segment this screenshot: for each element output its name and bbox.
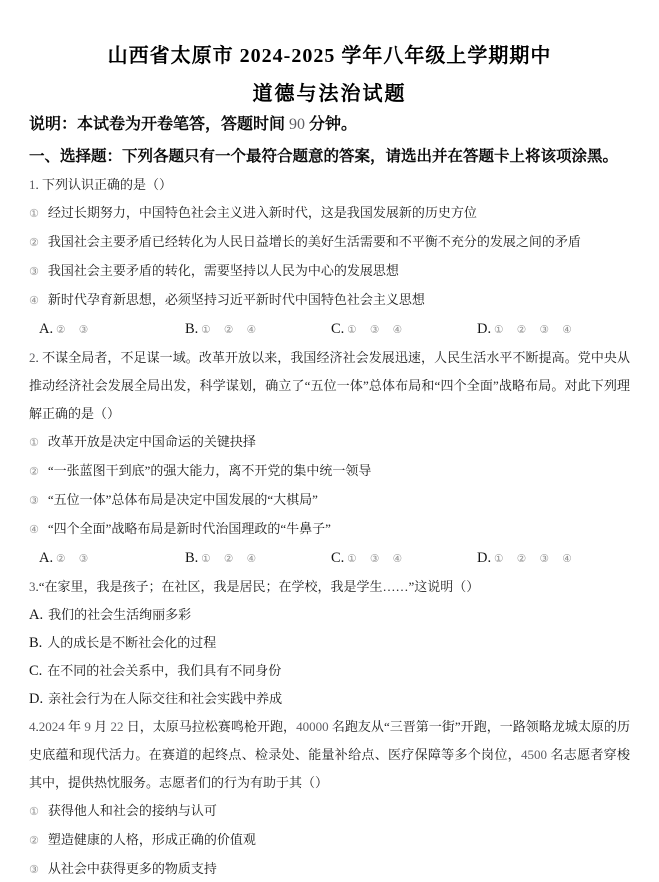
item-text: 塑造健康的人格，形成正确的价值观 xyxy=(48,832,256,847)
item-text: 获得他人和社会的接纳与认可 xyxy=(48,803,217,818)
item-marker: ② xyxy=(29,465,39,478)
question-1-option-c: C.① ③ ④ xyxy=(331,315,477,344)
paper-title-line-2: 道德与法治试题 xyxy=(29,82,630,106)
question-2-item-2: ②“一张蓝图干到底”的强大能力，离不开党的集中统一领导 xyxy=(29,457,630,486)
choice-text: 在不同的社会关系中，我们具有不同身份 xyxy=(47,663,281,678)
question-2-option-b: B.① ② ④ xyxy=(185,544,331,573)
item-marker: ④ xyxy=(29,523,39,536)
option-digits: ① ② ③ ④ xyxy=(494,324,577,336)
item-marker: ③ xyxy=(29,494,39,507)
section-heading: 一、选择题：下列各题只有一个最符合题意的答案，请选出并在答题卡上将该项涂黑。 xyxy=(29,146,630,168)
question-2-item-4: ④“四个全面”战略布局是新时代治国理政的“牛鼻子” xyxy=(29,515,630,544)
choice-letter: A. xyxy=(29,607,43,623)
question-1-option-d: D.① ② ③ ④ xyxy=(477,315,577,344)
question-1-item-1: ①经过长期努力，中国特色社会主义进入新时代，这是我国发展新的历史方位 xyxy=(29,199,630,228)
question-3-choice-d: D.亲社会行为在人际交往和社会实践中养成 xyxy=(29,685,630,713)
question-1-item-4: ④新时代孕育新思想，必须坚持习近平新时代中国特色社会主义思想 xyxy=(29,286,630,315)
option-letter: B. xyxy=(185,550,198,566)
question-2-options-row: A.② ③ B.① ② ④ C.① ③ ④ D.① ② ③ ④ xyxy=(29,544,630,573)
item-marker: ③ xyxy=(29,863,39,876)
question-2-item-3: ③“五位一体”总体布局是决定中国发展的“大棋局” xyxy=(29,486,630,515)
option-digits: ① ③ ④ xyxy=(347,553,407,565)
option-letter: D. xyxy=(477,550,491,566)
question-1-options-row: A.② ③ B.① ② ④ C.① ③ ④ D.① ② ③ ④ xyxy=(29,315,630,344)
question-2-stem: 2. 不谋全局者，不足谋一域。改革开放以来，我国经济社会发展迅速，人民生活水平不… xyxy=(29,344,630,428)
item-marker: ① xyxy=(29,207,39,220)
question-2-option-a: A.② ③ xyxy=(39,544,185,573)
item-marker: ③ xyxy=(29,265,39,278)
exam-paper-page: 山西省太原市 2024-2025 学年八年级上学期期中 道德与法治试题 说明：本… xyxy=(0,0,659,882)
question-1: 1. 下列认识正确的是（） ①经过长期努力，中国特色社会主义进入新时代，这是我国… xyxy=(29,171,630,344)
question-1-option-b: B.① ② ④ xyxy=(185,315,331,344)
choice-text: 人的成长是不断社会化的过程 xyxy=(47,635,216,650)
question-3: 3.“在家里，我是孩子；在社区，我是居民；在学校，我是学生……”这说明（） A.… xyxy=(29,573,630,713)
option-letter: C. xyxy=(331,321,344,337)
option-letter: B. xyxy=(185,321,198,337)
option-letter: A. xyxy=(39,550,53,566)
item-text: 我国社会主要矛盾已经转化为人民日益增长的美好生活需要和不平衡不充分的发展之间的矛… xyxy=(48,234,581,249)
question-1-item-2: ②我国社会主要矛盾已经转化为人民日益增长的美好生活需要和不平衡不充分的发展之间的… xyxy=(29,228,630,257)
item-text: 改革开放是决定中国命运的关键抉择 xyxy=(48,434,256,449)
item-marker: ① xyxy=(29,436,39,449)
item-text: “四个全面”战略布局是新时代治国理政的“牛鼻子” xyxy=(48,521,331,536)
item-text: 经过长期努力，中国特色社会主义进入新时代，这是我国发展新的历史方位 xyxy=(48,205,477,220)
choice-letter: C. xyxy=(29,663,42,679)
option-letter: A. xyxy=(39,321,53,337)
item-text: 从社会中获得更多的物质支持 xyxy=(48,861,217,876)
paper-title-line-1: 山西省太原市 2024-2025 学年八年级上学期期中 xyxy=(29,44,630,68)
question-4: 4.2024 年 9 月 22 日，太原马拉松赛鸣枪开跑，40000 名跑友从“… xyxy=(29,713,630,882)
item-text: “一张蓝图干到底”的强大能力，离不开党的集中统一领导 xyxy=(48,463,372,478)
choice-text: 亲社会行为在人际交往和社会实践中养成 xyxy=(48,691,282,706)
item-marker: ① xyxy=(29,805,39,818)
question-3-choice-c: C.在不同的社会关系中，我们具有不同身份 xyxy=(29,657,630,685)
question-3-choice-a: A.我们的社会生活绚丽多彩 xyxy=(29,601,630,629)
item-text: 新时代孕育新思想，必须坚持习近平新时代中国特色社会主义思想 xyxy=(48,292,425,307)
option-digits: ① ② ④ xyxy=(201,553,261,565)
question-4-stem: 4.2024 年 9 月 22 日，太原马拉松赛鸣枪开跑，40000 名跑友从“… xyxy=(29,713,630,797)
question-3-stem: 3.“在家里，我是孩子；在社区，我是居民；在学校，我是学生……”这说明（） xyxy=(29,573,630,601)
choice-letter: B. xyxy=(29,635,42,651)
question-4-item-3: ③从社会中获得更多的物质支持 xyxy=(29,855,630,882)
choice-text: 我们的社会生活绚丽多彩 xyxy=(48,607,191,622)
question-2: 2. 不谋全局者，不足谋一域。改革开放以来，我国经济社会发展迅速，人民生活水平不… xyxy=(29,344,630,573)
option-letter: C. xyxy=(331,550,344,566)
option-digits: ② ③ xyxy=(56,553,93,565)
exam-instructions: 说明：本试卷为开卷笔答，答题时间 90 分钟。 xyxy=(29,114,630,136)
item-text: 我国社会主要矛盾的转化，需要坚持以人民为中心的发展思想 xyxy=(48,263,399,278)
question-1-option-a: A.② ③ xyxy=(39,315,185,344)
option-digits: ① ③ ④ xyxy=(347,324,407,336)
questions-area: 1. 下列认识正确的是（） ①经过长期努力，中国特色社会主义进入新时代，这是我国… xyxy=(29,171,630,882)
item-marker: ② xyxy=(29,236,39,249)
question-2-item-1: ①改革开放是决定中国命运的关键抉择 xyxy=(29,428,630,457)
option-digits: ② ③ xyxy=(56,324,93,336)
question-3-choice-b: B.人的成长是不断社会化的过程 xyxy=(29,629,630,657)
item-marker: ④ xyxy=(29,294,39,307)
option-letter: D. xyxy=(477,321,491,337)
question-4-item-2: ②塑造健康的人格，形成正确的价值观 xyxy=(29,826,630,855)
question-2-option-d: D.① ② ③ ④ xyxy=(477,544,577,573)
item-text: “五位一体”总体布局是决定中国发展的“大棋局” xyxy=(48,492,318,507)
question-4-item-1: ①获得他人和社会的接纳与认可 xyxy=(29,797,630,826)
item-marker: ② xyxy=(29,834,39,847)
question-2-option-c: C.① ③ ④ xyxy=(331,544,477,573)
question-1-stem: 1. 下列认识正确的是（） xyxy=(29,171,630,199)
option-digits: ① ② ③ ④ xyxy=(494,553,577,565)
option-digits: ① ② ④ xyxy=(201,324,261,336)
question-1-item-3: ③我国社会主要矛盾的转化，需要坚持以人民为中心的发展思想 xyxy=(29,257,630,286)
choice-letter: D. xyxy=(29,691,43,707)
